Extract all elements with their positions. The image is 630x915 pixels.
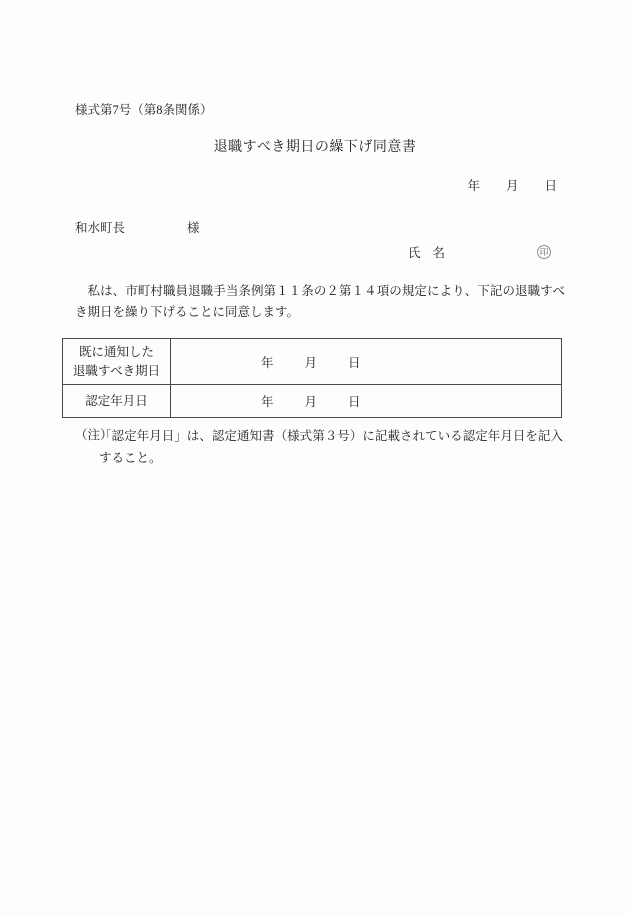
table-row-notified-date: 既に通知した 退職すべき期日 年 月 日: [63, 339, 561, 384]
date-day-label: 日: [544, 176, 557, 194]
value-month-label: 月: [305, 353, 318, 371]
addressee-line: 和水町長様: [75, 218, 200, 236]
value-year-label: 年: [261, 353, 274, 371]
date-year-label: 年: [467, 176, 480, 194]
row-label-line: 認定年月日: [85, 392, 148, 411]
body-paragraph: 私は、市町村職員退職手当条例第１１条の２第１４項の規定により、下記の退職すべき期…: [75, 281, 565, 323]
value-year-label: 年: [261, 392, 274, 410]
addressee-honorific: 様: [187, 221, 200, 235]
name-label-mei: 名: [433, 243, 446, 261]
row-label: 認定年月日: [63, 385, 171, 417]
seal-icon: 印: [537, 245, 551, 259]
value-month-label: 月: [305, 392, 318, 410]
form-number: 様式第7号（第8条関係）: [75, 100, 213, 118]
date-month-label: 月: [506, 176, 519, 194]
fill-in-table: 既に通知した 退職すべき期日 年 月 日 認定年月日 年 月 日: [62, 338, 562, 418]
note-text: 「認定年月日」は、認定通知書（様式第３号）に記載されている認定年月日を記入するこ…: [99, 425, 563, 469]
document-page: 様式第7号（第8条関係） 退職すべき期日の繰下げ同意書 年 月 日 和水町長様 …: [0, 0, 630, 915]
name-label-shi: 氏: [408, 243, 421, 261]
row-value-date-field: 年 月 日: [171, 339, 561, 384]
value-day-label: 日: [348, 353, 361, 371]
date-line: 年 月 日: [467, 176, 557, 194]
row-value-date-field: 年 月 日: [171, 385, 561, 417]
table-row-approval-date: 認定年月日 年 月 日: [63, 384, 561, 417]
value-day-label: 日: [348, 392, 361, 410]
seal-character: 印: [540, 248, 549, 257]
row-label: 既に通知した 退職すべき期日: [63, 339, 171, 384]
row-label-line: 既に通知した: [79, 343, 154, 362]
addressee-name: 和水町長: [75, 221, 125, 235]
row-label-line: 退職すべき期日: [73, 362, 160, 381]
signature-line: 氏 名 印: [408, 243, 551, 261]
document-title: 退職すべき期日の繰下げ同意書: [0, 136, 630, 156]
